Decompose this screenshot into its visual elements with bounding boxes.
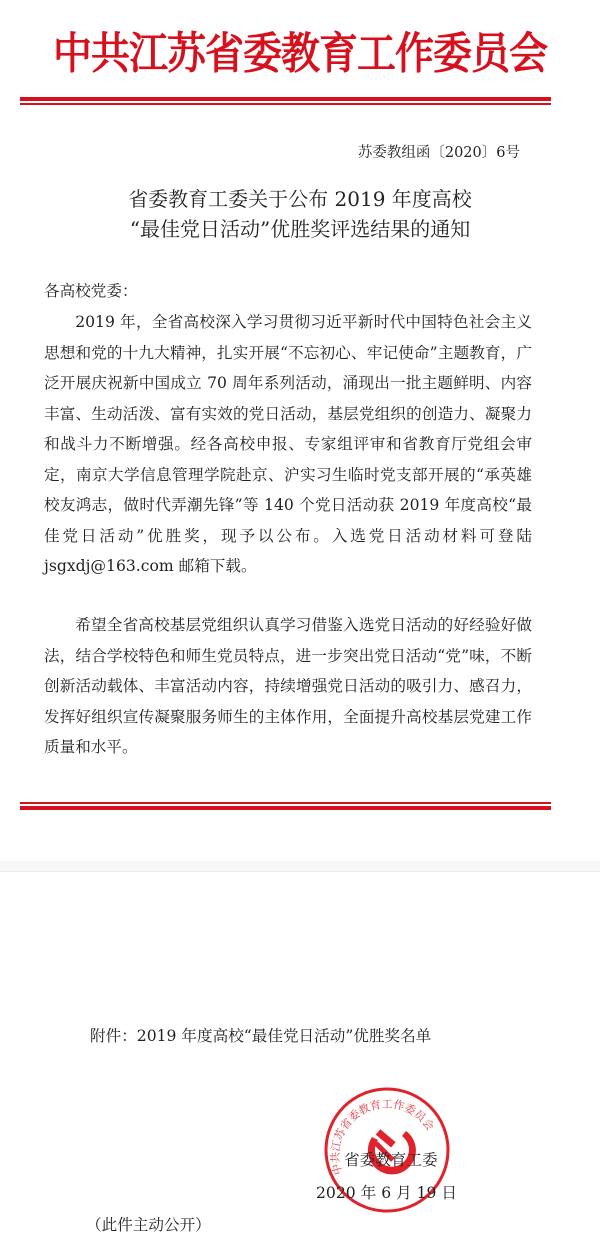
document-title: 省委教育工委关于公布 2019 年度高校 “最佳党日活动”优胜奖评选结果的通知 xyxy=(0,184,600,244)
letterhead-rule-thick xyxy=(20,97,551,101)
footer-rule-thin xyxy=(20,802,551,804)
letterhead-rule-thin xyxy=(20,103,551,105)
title-line-2: “最佳党日活动”优胜奖评选结果的通知 xyxy=(0,214,600,244)
salutation: 各高校党委： xyxy=(44,276,532,307)
paragraph-text: 2019 年，全省高校深入学习贯彻习近平新时代中国特色社会主义思想和党的十九大精… xyxy=(44,307,532,582)
paragraph-text: 希望全省高校基层党组织认真学习借鉴入选党日活动的好经验好做法，结合学校特色和师生… xyxy=(44,610,532,763)
body-paragraph-2: 希望全省高校基层党组织认真学习借鉴入选党日活动的好经验好做法，结合学校特色和师生… xyxy=(44,610,532,763)
issuer-signature: 省委教育工委 xyxy=(344,1148,438,1170)
salutation-text: 各高校党委： xyxy=(44,276,532,307)
page-break xyxy=(0,861,600,872)
attachment-line: 附件：2019 年度高校“最佳党日活动”优胜奖名单 xyxy=(90,1024,431,1046)
document-number: 苏委教组函〔2020〕6号 xyxy=(358,141,520,162)
footer-rule-thick xyxy=(20,806,551,810)
letterhead-org-name: 中共江苏省委教育工作委员会 xyxy=(0,28,600,82)
disclosure-note: （此件主动公开） xyxy=(86,1213,211,1235)
title-line-1: 省委教育工委关于公布 2019 年度高校 xyxy=(0,184,600,214)
issue-date: 2020 年 6 月 19 日 xyxy=(316,1181,457,1203)
body-paragraph-1: 2019 年，全省高校深入学习贯彻习近平新时代中国特色社会主义思想和党的十九大精… xyxy=(44,307,532,582)
